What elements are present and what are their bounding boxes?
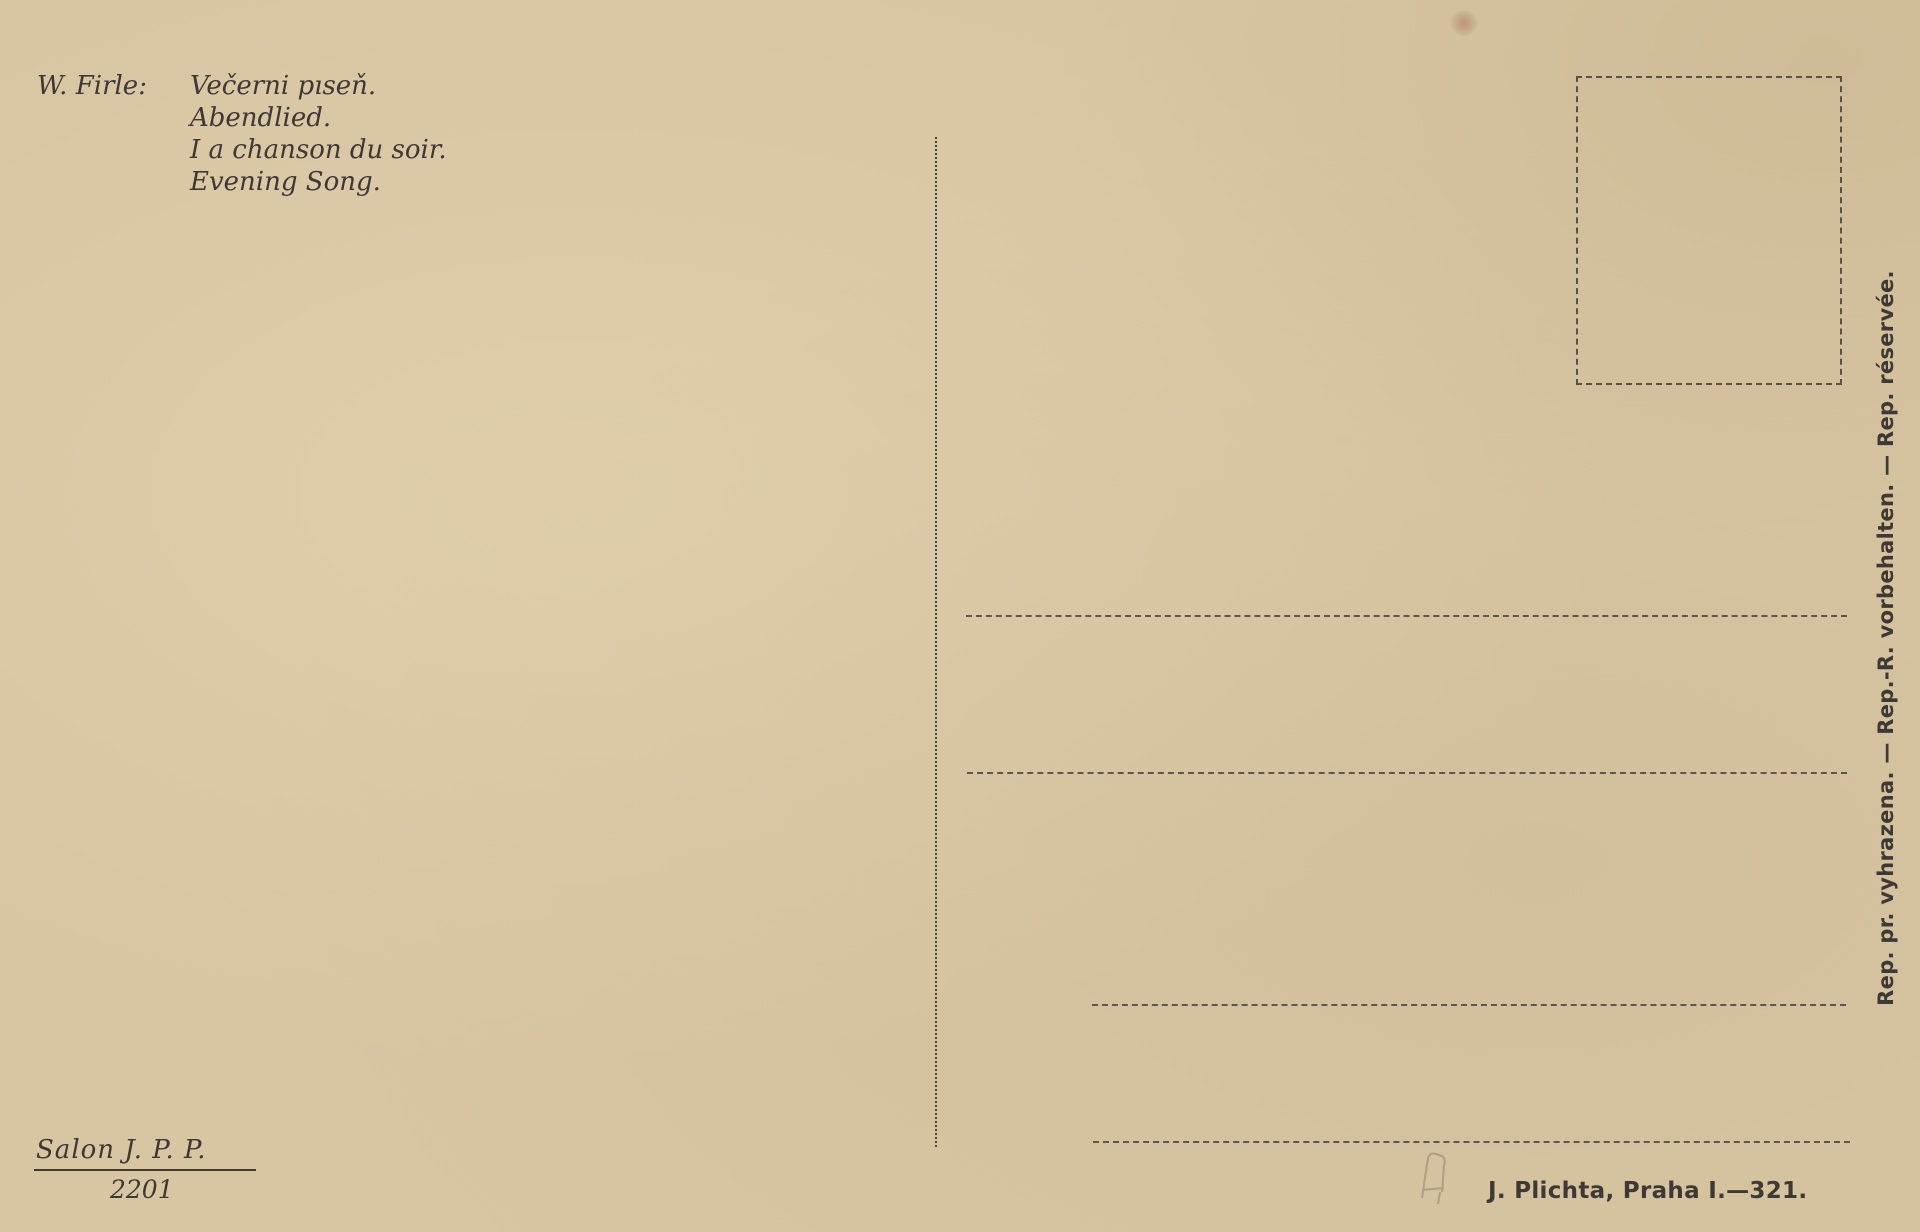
pencil-a-mark-icon [1418,1150,1450,1206]
printer-imprint: J. Plichta, Praha I.—321. [1488,1178,1807,1204]
publisher-mark: Salon J. P. P. 2201 [34,1135,256,1204]
rights-notice: Rep. pr. vyhrazena. — Rep.-R. vorbehalte… [1874,270,1898,1006]
title-czech: Večerni pıseň. [190,70,447,102]
publisher-name: Salon J. P. P. [34,1135,256,1171]
title-block: W. Firle: Večerni pıseň. Abendlied. I a … [37,70,447,198]
title-lines: Večerni pıseň. Abendlied. I a chanson du… [190,70,447,198]
stamp-box [1576,76,1842,385]
title-german: Abendlied. [190,102,447,134]
address-line-4 [1093,1141,1850,1143]
title-english: Evening Song. [190,166,447,198]
address-line-1 [966,615,1847,617]
composer-name: W. Firle: [37,70,190,198]
stain-mark [1450,10,1478,36]
title-french: I a chanson du soir. [190,134,447,166]
card-number: 2201 [34,1175,256,1204]
address-line-3 [1092,1004,1846,1006]
center-divider [935,137,937,1147]
address-line-2 [967,772,1847,774]
